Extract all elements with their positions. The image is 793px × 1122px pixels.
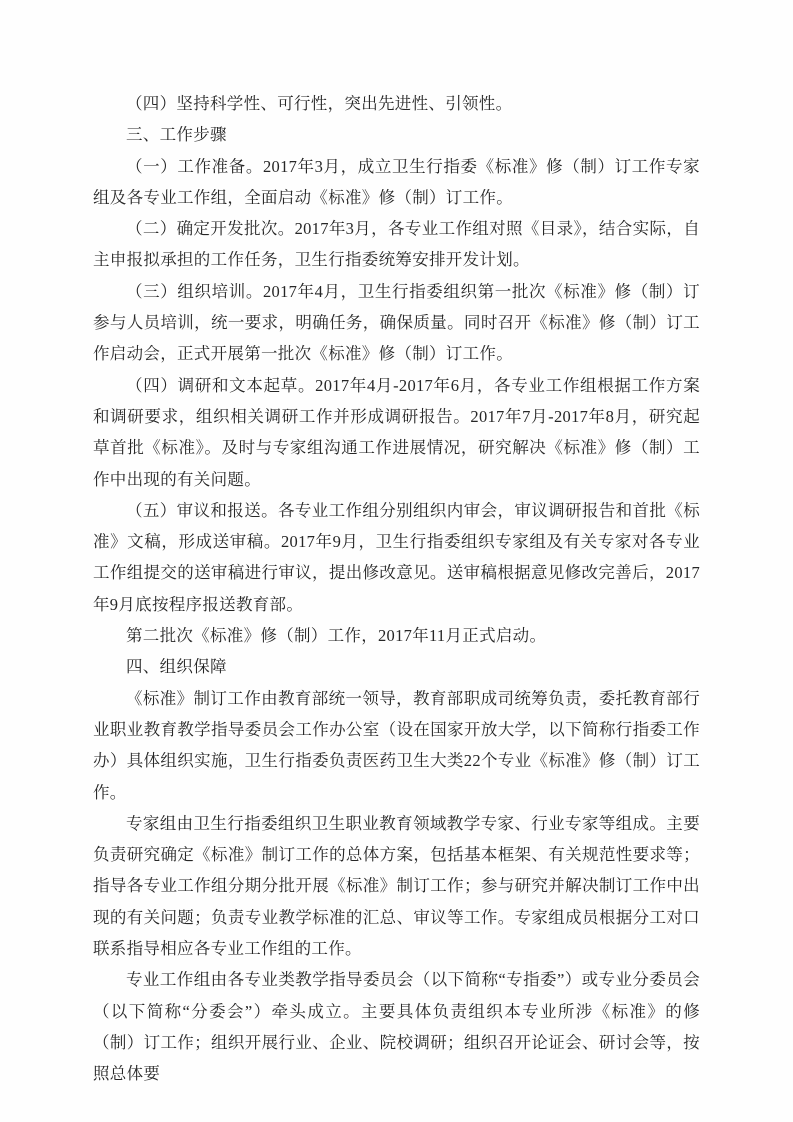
paragraph-professional-work-groups: 专业工作组由各专业类教学指导委员会（以下简称“专指委”）或专业分委员会（以下简称…: [93, 964, 700, 1089]
section-heading-work-steps: 三、工作步骤: [93, 119, 700, 150]
document-body: （四）坚持科学性、可行性，突出先进性、引领性。 三、工作步骤 （一）工作准备。2…: [93, 88, 700, 1090]
paragraph-point-4-principles: （四）坚持科学性、可行性，突出先进性、引领性。: [93, 88, 700, 119]
paragraph-standards-leadership: 《标准》制订工作由教育部统一领导，教育部职成司统筹负责，委托教育部行业职业教育教…: [93, 683, 700, 808]
paragraph-step-1-preparation: （一）工作准备。2017年3月，成立卫生行指委《标准》修（制）订工作专家组及各专…: [93, 151, 700, 214]
paragraph-step-4-research-drafting: （四）调研和文本起草。2017年4月-2017年6月，各专业工作组根据工作方案和…: [93, 370, 700, 495]
document-page: （四）坚持科学性、可行性，突出先进性、引领性。 三、工作步骤 （一）工作准备。2…: [0, 0, 793, 1122]
paragraph-step-2-development-batches: （二）确定开发批次。2017年3月，各专业工作组对照《目录》，结合实际，自主申报…: [93, 213, 700, 276]
paragraph-second-batch-launch: 第二批次《标准》修（制）工作，2017年11月正式启动。: [93, 620, 700, 651]
section-heading-organizational-support: 四、组织保障: [93, 651, 700, 682]
paragraph-step-3-training: （三）组织培训。2017年4月，卫生行指委组织第一批次《标准》修（制）订参与人员…: [93, 276, 700, 370]
paragraph-step-5-review-submission: （五）审议和报送。各专业工作组分别组织内审会，审议调研报告和首批《标准》文稿，形…: [93, 495, 700, 620]
paragraph-expert-group-duties: 专家组由卫生行指委组织卫生职业教育领域教学专家、行业专家等组成。主要负责研究确定…: [93, 808, 700, 964]
